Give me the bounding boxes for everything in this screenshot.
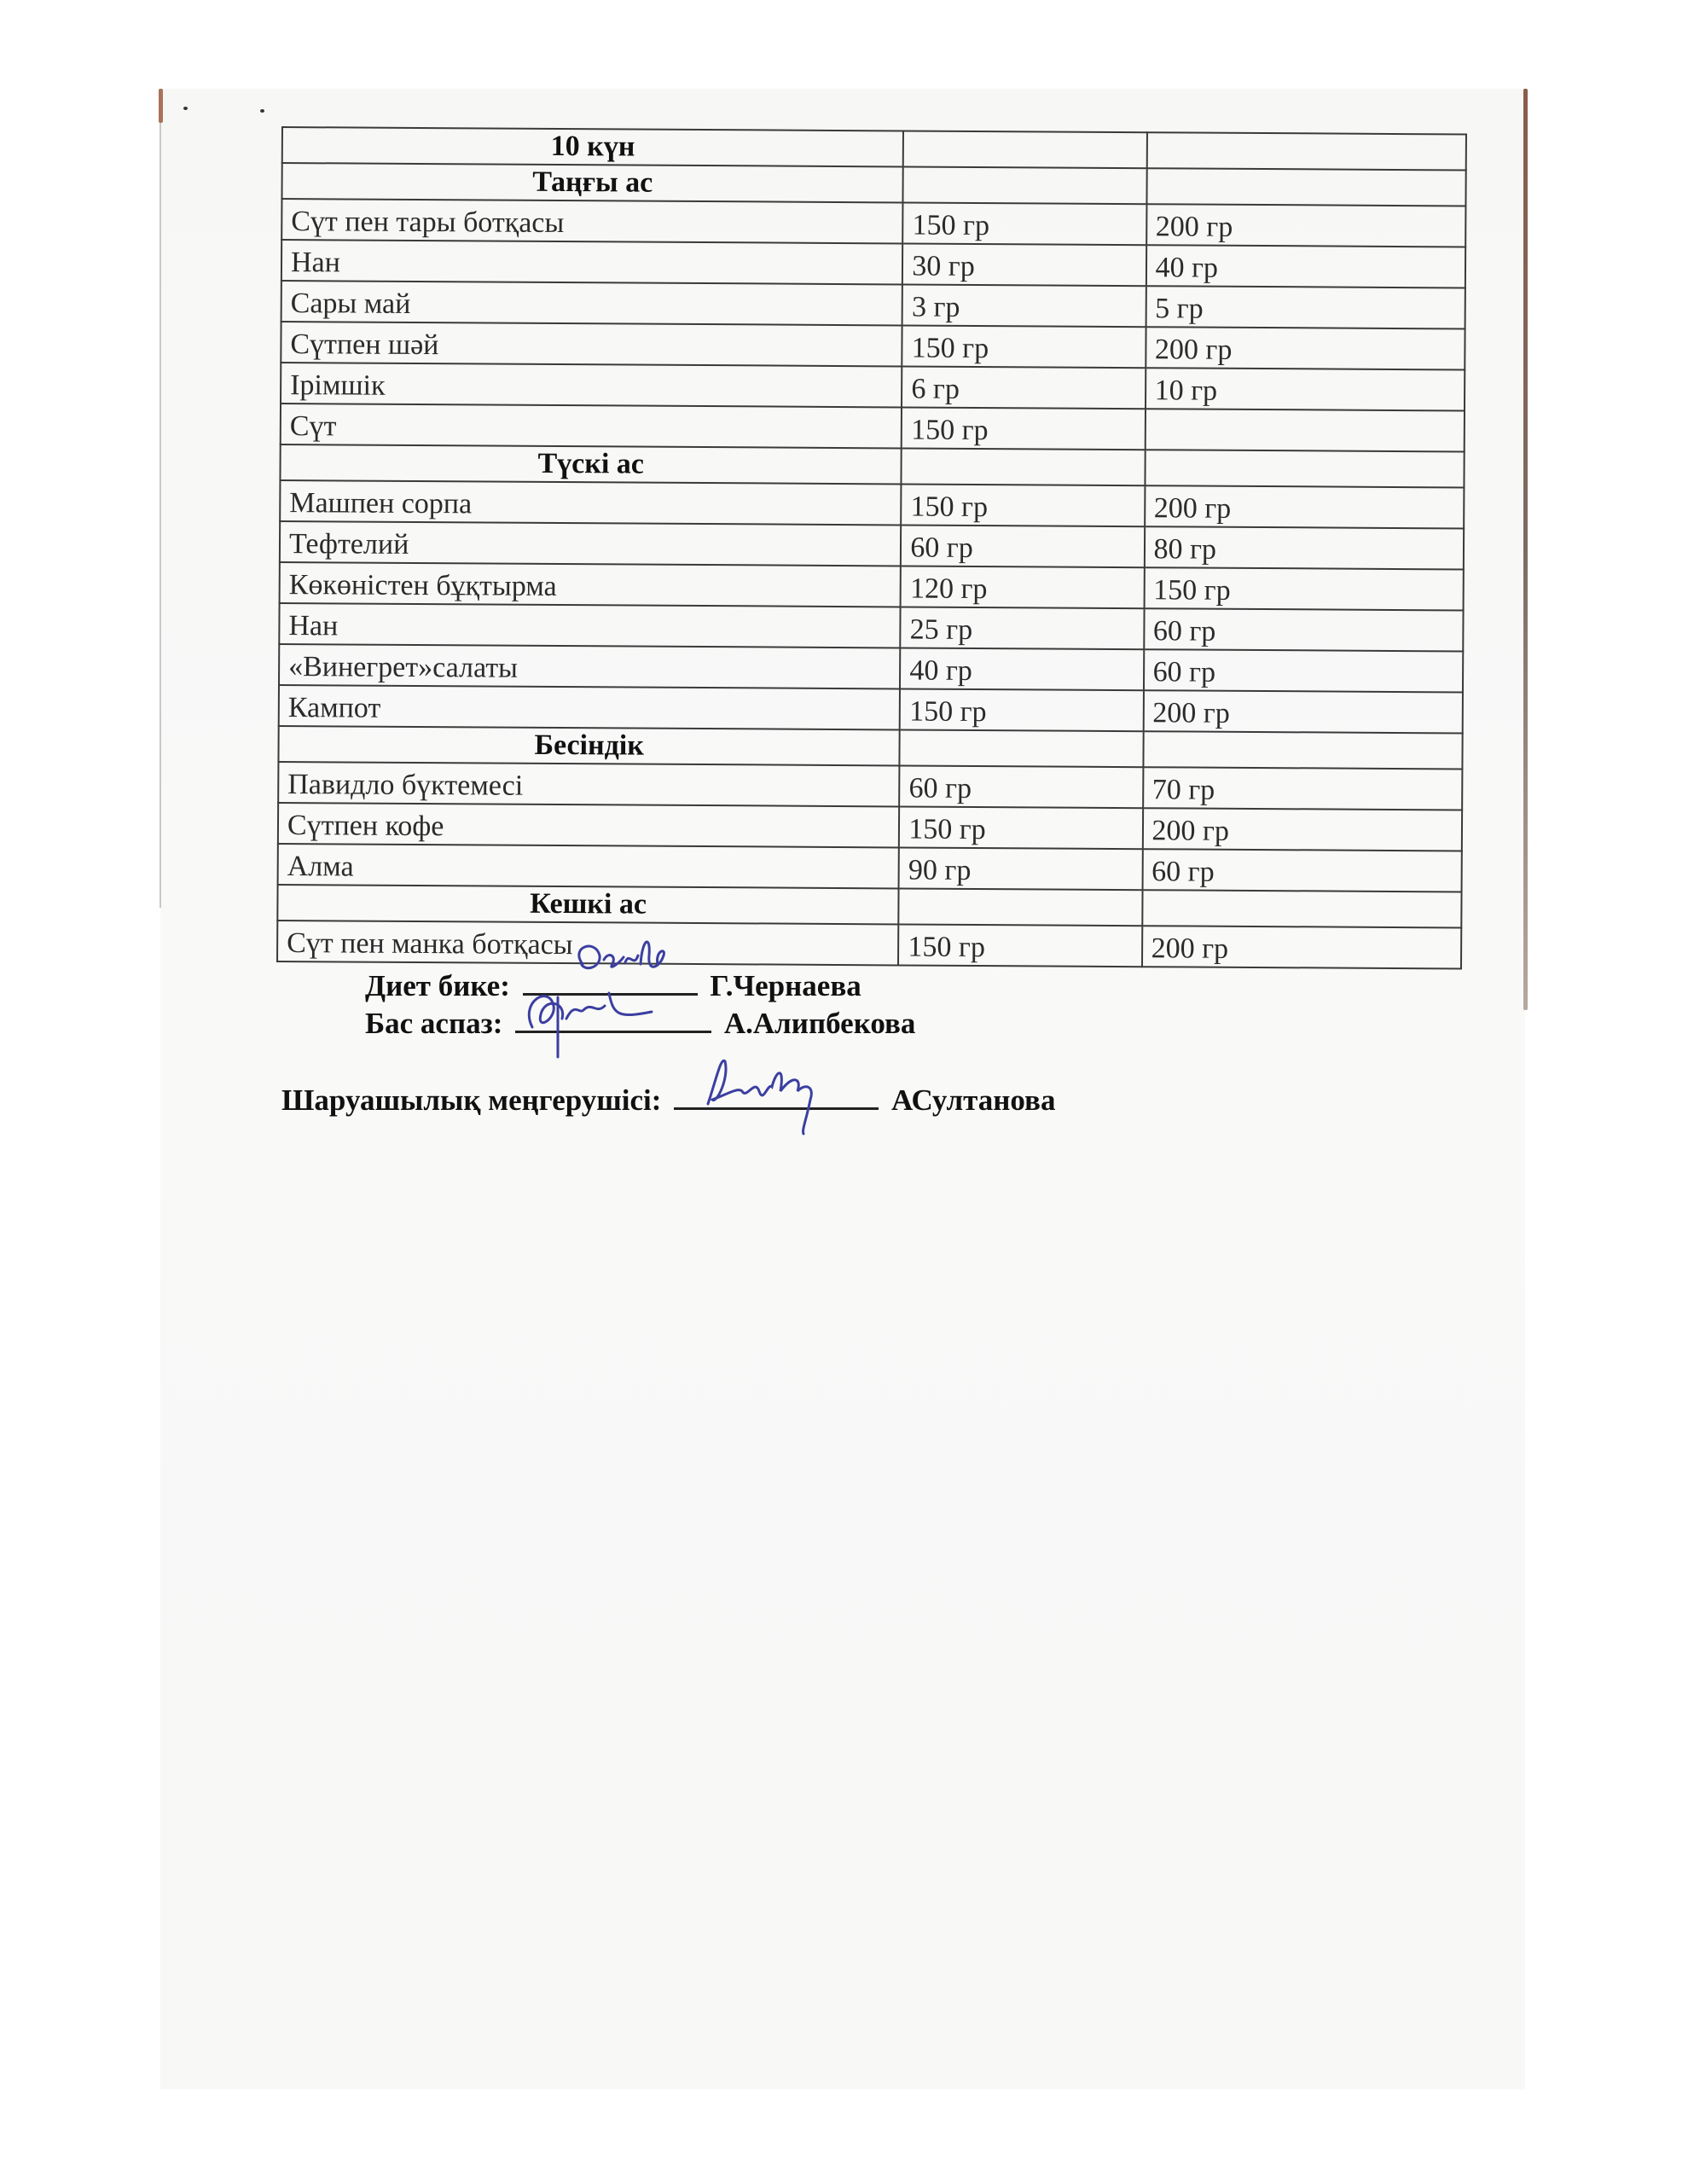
portion-large: 80 гр [1144,526,1464,569]
signature-row-household-manager: Шаруашылық меңгерушісі: АСултанова [281,1077,1055,1118]
portion-small: 150 гр [900,688,1143,731]
page-edge-left-shadow [160,123,161,908]
day-title: 10 күн [282,127,904,166]
portion-large: 60 гр [1144,608,1464,651]
portion-small: 150 гр [899,806,1142,849]
portion-small: 25 гр [901,607,1144,649]
table-row: Машпен сорпа150 гр200 гр [280,480,1464,528]
dish-name: Кампот [279,685,901,729]
portion-large: 5 гр [1146,286,1465,328]
portion-large: 150 гр [1144,567,1464,610]
portion-small: 60 гр [899,765,1142,808]
portion-large: 200 гр [1143,690,1463,733]
table-row: Нан30 гр40 гр [281,240,1465,288]
table-row: Ірімшік6 гр10 гр [281,363,1465,410]
section-title: Түскі ас [280,444,902,484]
dish-name: Павидло бүктемесі [278,762,900,806]
portion-small: 120 гр [901,566,1144,608]
portion-large: 200 гр [1142,926,1462,968]
table-row: Нан25 гр60 гр [279,603,1463,651]
portion-large: 200 гр [1145,485,1465,528]
portion-large: 200 гр [1142,808,1462,851]
dish-name: Сүтпен шәй [281,322,902,366]
section-title: Кешкі ас [277,885,899,924]
menu-table-body: 10 күн Таңғы асСүт пен тары ботқасы150 г… [277,127,1466,968]
portion-small: 150 гр [902,202,1146,245]
portion-small: 60 гр [901,525,1144,567]
empty-cell [903,131,1146,168]
table-row: Сүтпен шәй150 гр200 гр [281,322,1465,369]
section-title: Бесіндік [278,726,900,765]
table-row: Көкөністен бұқтырма120 гр150 гр [280,562,1464,610]
table-row: Сүт пен тары ботқасы150 гр200 гр [281,199,1465,247]
portion-large: 40 гр [1146,245,1465,288]
portion-large: 200 гр [1146,327,1465,369]
empty-cell [902,448,1145,485]
empty-cell [899,888,1142,926]
portion-large [1145,409,1465,451]
table-row: Павидло бүктемесі60 гр70 гр [278,762,1462,810]
dish-name: Сары май [281,281,903,325]
table-row: Тефтелий60 гр80 гр [280,521,1464,569]
empty-cell [1145,450,1465,487]
dish-name: Тефтелий [280,521,902,566]
signatory-name: АСултанова [891,1083,1056,1117]
dish-name: Көкөністен бұқтырма [280,562,902,607]
portion-small: 6 гр [902,366,1145,409]
empty-cell [900,729,1143,767]
portion-small: 150 гр [901,484,1144,526]
signature-role: Шаруашылық меңгерушісі: [281,1083,661,1117]
dish-name: Сүтпен кофе [278,803,900,847]
portion-small: 40 гр [900,648,1143,690]
dish-name: Алма [278,844,900,888]
page-edge-left [159,89,163,123]
dish-name: Сүт пен тары ботқасы [281,199,903,243]
empty-cell [903,166,1146,204]
section-title: Таңғы ас [281,163,903,202]
table-row: Сүт150 гр [281,404,1465,451]
signatory-name: А.Алипбекова [724,1007,916,1040]
signature-row-head-chef: Бас аспаз: А.Алипбекова [365,1000,915,1041]
scan-speck [260,109,264,113]
table-row: «Винегрет»салаты40 гр60 гр [279,644,1463,692]
portion-small: 3 гр [902,284,1146,327]
dish-name: Сүт [281,404,902,448]
scan-speck [183,107,188,110]
handwritten-signature-icon [674,1044,879,1138]
empty-cell [1146,132,1466,170]
empty-cell [1146,168,1466,206]
empty-cell [1142,890,1462,927]
table-row: Сары май3 гр5 гр [281,281,1465,328]
portion-large: 60 гр [1142,849,1462,892]
portion-small: 150 гр [898,924,1141,967]
signature-line [674,1077,879,1110]
signature-role: Диет бике: [365,969,510,1002]
portion-large: 70 гр [1143,767,1463,810]
signature-line [515,1000,711,1033]
dish-name: Нан [281,240,903,284]
portion-small: 30 гр [902,243,1146,286]
signature-role: Бас аспаз: [365,1007,502,1040]
table-row: Кампот150 гр200 гр [279,685,1463,733]
page-edge-right [1523,89,1528,1010]
portion-small: 150 гр [902,407,1145,450]
dish-name: Нан [279,603,901,648]
table-row: Сүтпен кофе150 гр200 гр [278,803,1462,851]
empty-cell [1143,731,1463,769]
signatory-name: Г.Чернаева [710,969,861,1002]
portion-large: 200 гр [1146,204,1466,247]
table-row: Сүт пен манка ботқасы150 гр200 гр [277,921,1461,968]
portion-small: 90 гр [899,847,1142,890]
portion-small: 150 гр [902,325,1146,368]
table-row: Алма90 гр60 гр [278,844,1462,892]
dish-name: «Винегрет»салаты [279,644,901,688]
portion-large: 60 гр [1143,649,1463,692]
portion-large: 10 гр [1146,368,1465,410]
dish-name: Ірімшік [281,363,902,407]
menu-table: 10 күн Таңғы асСүт пен тары ботқасы150 г… [276,126,1467,969]
dish-name: Машпен сорпа [280,480,902,525]
